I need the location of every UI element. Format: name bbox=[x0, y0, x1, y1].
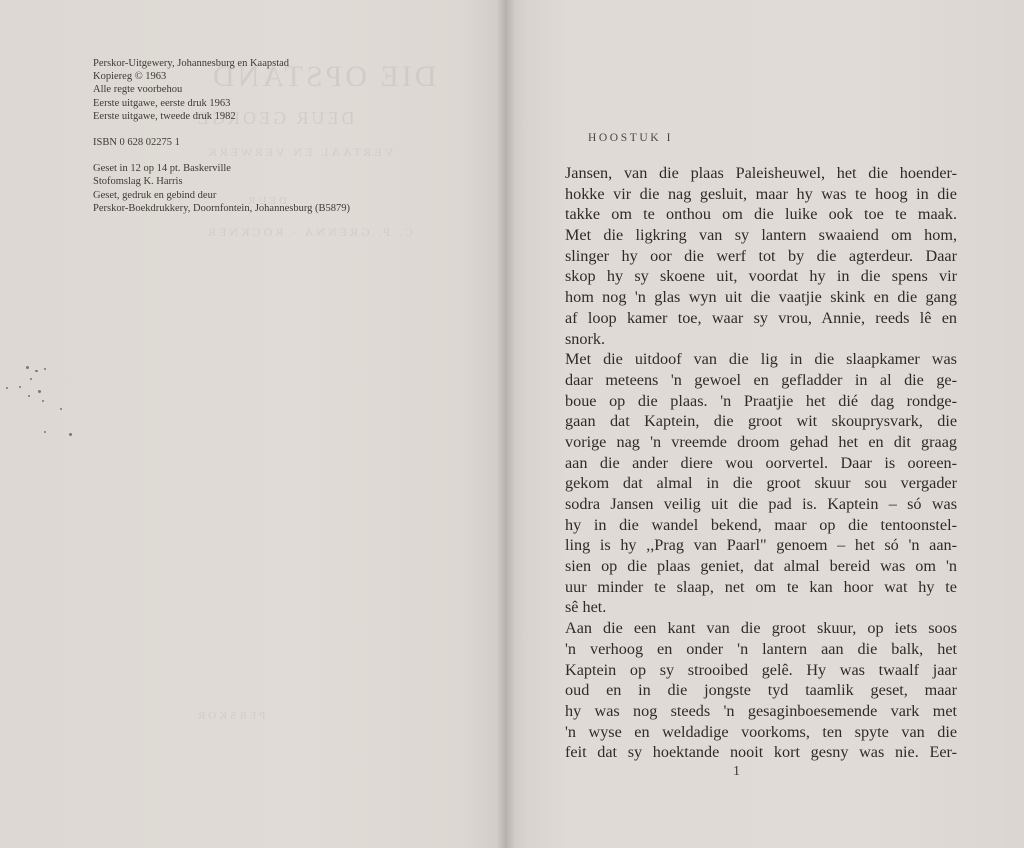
text-line: uur minder te slaap, net om te kan hoor … bbox=[565, 577, 957, 598]
text-line: Met die ligkring van sy lantern swaaiend… bbox=[565, 225, 957, 246]
text-line: hom nog 'n glas wyn uit die vaatjie skin… bbox=[565, 287, 957, 308]
text-line: sien op die plaas geniet, dat almal bere… bbox=[565, 556, 957, 577]
text-line: daar meteens 'n gewoel en gefladder in a… bbox=[565, 370, 957, 391]
chapter-heading: HOOSTUK I bbox=[588, 132, 848, 144]
dust-jacket-line: Stofomslag K. Harris bbox=[93, 175, 433, 188]
printer-line: Perskor-Boekdrukkery, Doornfontein, Joha… bbox=[93, 202, 433, 215]
text-line: Aan die een kant van die groot skuur, op… bbox=[565, 618, 957, 639]
text-line: sê het. bbox=[565, 597, 957, 618]
page-number: 1 bbox=[733, 764, 740, 780]
typeset-line: Geset in 12 op 14 pt. Baskerville bbox=[93, 162, 433, 175]
show-through-line5: C. P. GRENNA · ROCKNER bbox=[205, 225, 413, 240]
text-line: 'n verhoog en onder 'n lantern aan die b… bbox=[565, 639, 957, 660]
book-spread: DIE OPSTAND DEUR GEORGE VERTAAL EN VERWE… bbox=[0, 0, 1024, 848]
printed-by-line: Geset, gedruk en gebind deur bbox=[93, 189, 433, 202]
text-line: hy was nog steeds 'n gesaginboesemende v… bbox=[565, 701, 957, 722]
copyright-colophon: Perskor-Uitgewery, Johannesburg en Kaaps… bbox=[93, 57, 433, 215]
chapter-body-text: Jansen, van die plaas Paleisheuwel, het … bbox=[565, 163, 957, 763]
rights-line: Alle regte voorbehou bbox=[93, 83, 433, 96]
text-line: oud en in die jongste tyd taamlik geset,… bbox=[565, 680, 957, 701]
second-printing-line: Eerste uitgawe, tweede druk 1982 bbox=[93, 110, 433, 123]
text-line: snork. bbox=[565, 329, 957, 350]
text-line: boue op die plaas. 'n Praatjie het dié d… bbox=[565, 391, 957, 412]
text-line: gekom dat almal in die groot skuur sou v… bbox=[565, 473, 957, 494]
text-line: skop hy sy skoene uit, voordat hy in die… bbox=[565, 266, 957, 287]
first-edition-line: Eerste uitgawe, eerste druk 1963 bbox=[93, 97, 433, 110]
text-line: Jansen, van die plaas Paleisheuwel, het … bbox=[565, 163, 957, 184]
book-gutter bbox=[497, 0, 515, 848]
isbn-line: ISBN 0 628 02275 1 bbox=[93, 136, 433, 149]
text-line: slinger hy oor die werf tot by die agter… bbox=[565, 246, 957, 267]
text-line: aan die ander diere wou oorvertel. Daar … bbox=[565, 453, 957, 474]
text-line: ling is hy ,,Prag van Paarl" genoem – he… bbox=[565, 535, 957, 556]
show-through-publisher: PERSKOR bbox=[195, 710, 266, 722]
publisher-line: Perskor-Uitgewery, Johannesburg en Kaaps… bbox=[93, 57, 433, 70]
text-line: 'n wyse en weldadige voorkoms, ten spyte… bbox=[565, 722, 957, 743]
text-line: gaan dat Kaptein, die groot wit skouprys… bbox=[565, 411, 957, 432]
text-line: takke om te onthou om die luike ook toe … bbox=[565, 204, 957, 225]
text-line: hy in die wandel bekend, maar op die ten… bbox=[565, 515, 957, 536]
text-line: feit dat sy hoektande nooit kort gesny w… bbox=[565, 742, 957, 763]
text-line: af loop kamer toe, waar sy vrou, Annie, … bbox=[565, 308, 957, 329]
text-line: vorige nag 'n vreemde droom gehad het en… bbox=[565, 432, 957, 453]
copyright-line: Kopiereg © 1963 bbox=[93, 70, 433, 83]
text-line: hokke vir die nag gesluit, maar hy was t… bbox=[565, 184, 957, 205]
text-line: Kaptein op sy strooibed gelê. Hy was twa… bbox=[565, 660, 957, 681]
text-line: Met die uitdoof van die lig in die slaap… bbox=[565, 349, 957, 370]
text-line: sodra Jansen veilig uit die pad is. Kapt… bbox=[565, 494, 957, 515]
